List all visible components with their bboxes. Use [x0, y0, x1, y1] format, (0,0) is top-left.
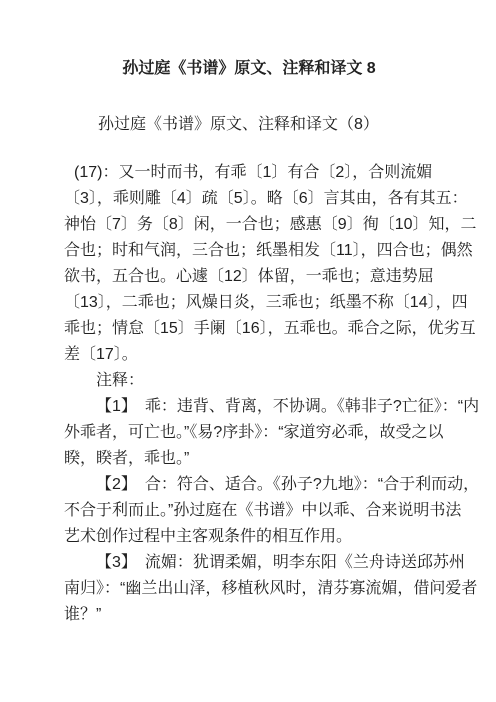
text-line: 谁？”	[64, 602, 434, 628]
text-line: 合也；时和气润，三合也；纸墨相发〔11〕，四合也；偶然	[64, 238, 434, 264]
note-1: 【1】 乖：违背、背离，不协调。《韩非子?亡征》：“内外乖者，可亡也。”《易?序…	[64, 394, 434, 472]
text-line: 〔13〕，二乖也；风燥日炎，三乖也；纸墨不称〔14〕，四	[64, 290, 434, 316]
note-3: 【3】 流媚：犹谓柔媚，明李东阳《兰舟诗送邱苏州南归》：“幽兰出山泽，移植秋风时…	[64, 550, 434, 628]
text-line: 睽，睽者，乖也。”	[64, 446, 434, 472]
text-line: 注释：	[64, 368, 434, 394]
text-line: 不合于利而止。”孙过庭在《书谱》中以乖、合来说明书法	[64, 498, 434, 524]
text-line: 外乖者，可亡也。”《易?序卦》：“家道穷必乖，故受之以	[64, 420, 434, 446]
text-line: 【3】 流媚：犹谓柔媚，明李东阳《兰舟诗送邱苏州	[64, 550, 434, 576]
text-line: 乖也；情怠〔15〕手阑〔16〕，五乖也。乖合之际，优劣互	[64, 316, 434, 342]
text-line: 艺术创作过程中主客观条件的相互作用。	[64, 524, 434, 550]
text-line: 【2】 合：符合、适合。《孙子?九地》：“合于利而动，	[64, 472, 434, 498]
text-line: (17)：又一时而书，有乖〔1〕有合〔2〕，合则流媚	[64, 160, 434, 186]
note-2: 【2】 合：符合、适合。《孙子?九地》：“合于利而动，不合于利而止。”孙过庭在《…	[64, 472, 434, 550]
document-body: (17)：又一时而书，有乖〔1〕有合〔2〕，合则流媚〔3〕，乖则雕〔4〕疏〔5〕…	[64, 160, 434, 628]
document-title: 孙过庭《书谱》原文、注释和译文 8	[64, 56, 434, 82]
text-line: 【1】 乖：违背、背离，不协调。《韩非子?亡征》：“内	[64, 394, 434, 420]
text-line: 欲书，五合也。心遽〔12〕体留，一乖也；意违势屈	[64, 264, 434, 290]
text-line: 南归》：“幽兰出山泽，移植秋风时，清芬寡流媚，借问爱者	[64, 576, 434, 602]
section-heading: 孙过庭《书谱》原文、注释和译文（8）	[64, 112, 434, 138]
text-line: 差〔17〕。	[64, 342, 434, 368]
text-line: 神怡〔7〕务〔8〕闲，一合也；感惠〔9〕徇〔10〕知，二	[64, 212, 434, 238]
document-page: 孙过庭《书谱》原文、注释和译文 8 孙过庭《书谱》原文、注释和译文（8） (17…	[0, 0, 496, 702]
original-text-paragraph: (17)：又一时而书，有乖〔1〕有合〔2〕，合则流媚〔3〕，乖则雕〔4〕疏〔5〕…	[64, 160, 434, 368]
text-line: 〔3〕，乖则雕〔4〕疏〔5〕。略〔6〕言其由，各有其五：	[64, 186, 434, 212]
notes-label: 注释：	[64, 368, 434, 394]
